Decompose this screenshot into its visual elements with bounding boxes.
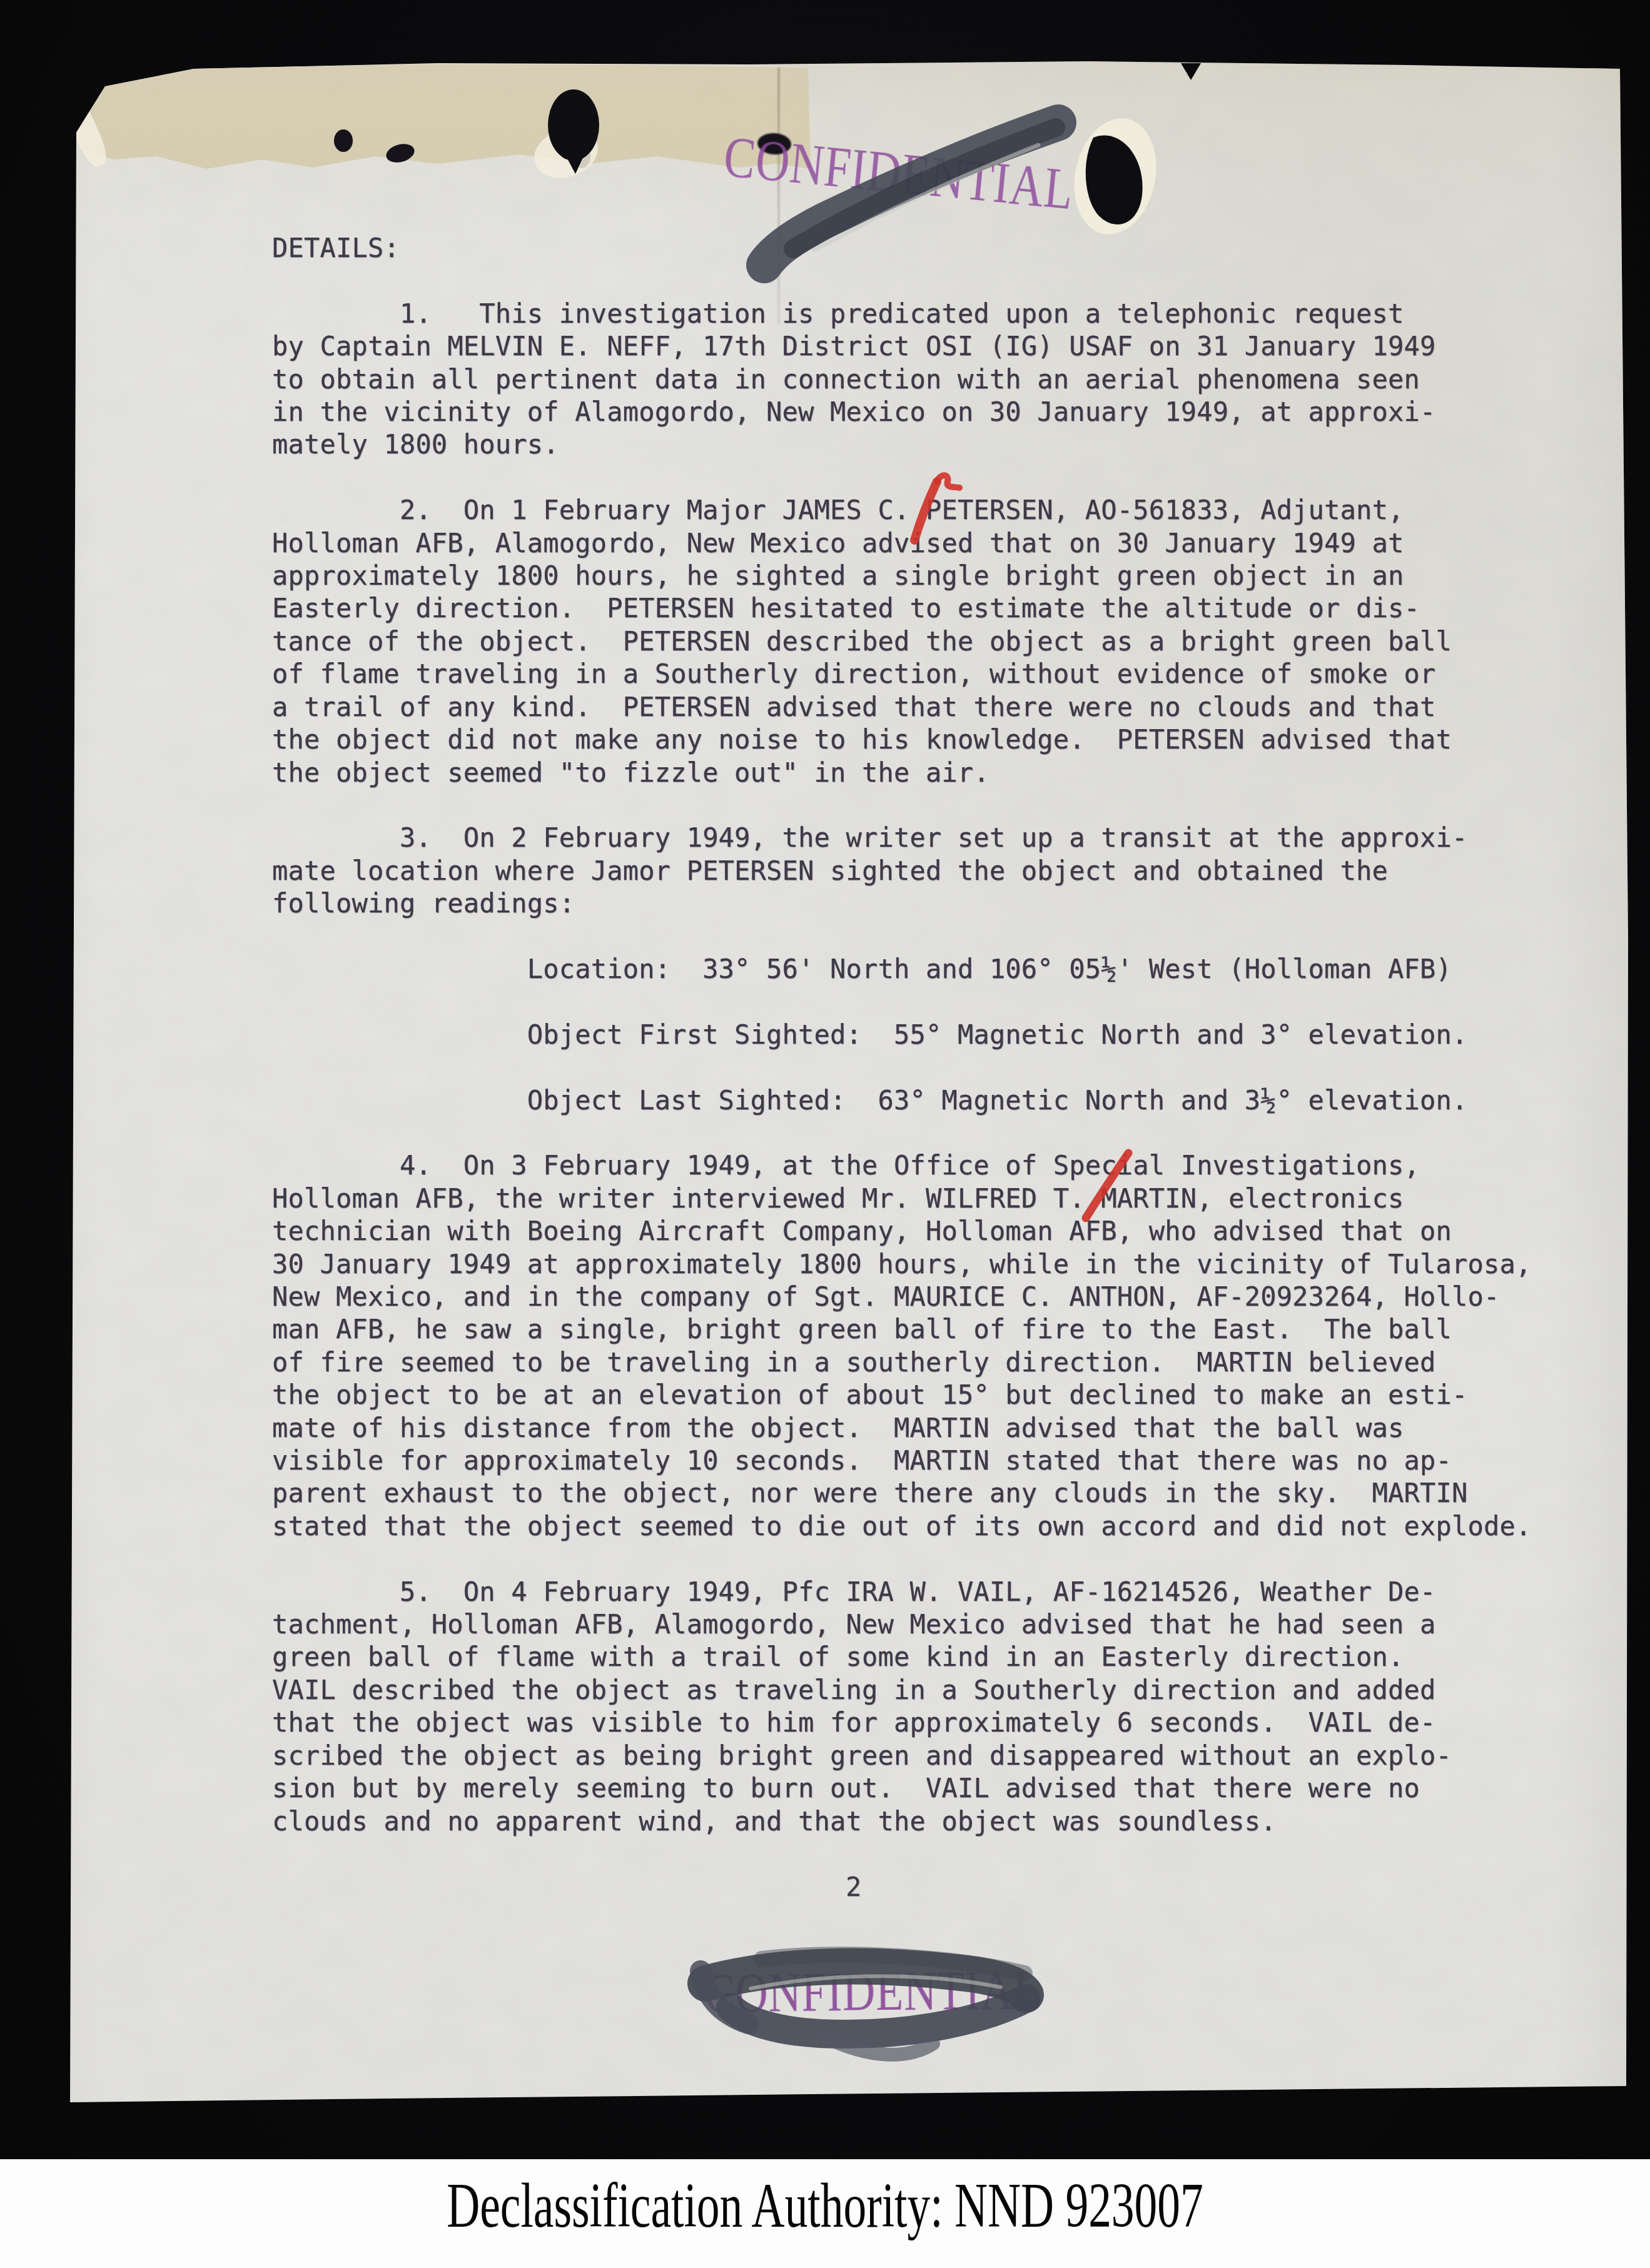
confidential-stamp-bottom: CONFIDENTIAL	[704, 1958, 1042, 2025]
declassification-text: Declassification Authority: NND 923007	[447, 2169, 1203, 2259]
tear-hole	[334, 129, 353, 152]
typewritten-body: DETAILS: 1. This investigation is predic…	[272, 232, 1531, 1838]
paper-sheet: DETAILS: 1. This investigation is predic…	[0, 0, 1650, 2170]
tear-hole	[572, 115, 585, 135]
page-number: 2	[846, 1871, 861, 1903]
scanned-document-page: DETAILS: 1. This investigation is predic…	[0, 0, 1650, 2268]
corner-crease-line	[0, 156, 77, 328]
declassification-footer: Declassification Authority: NND 923007	[0, 2159, 1650, 2268]
